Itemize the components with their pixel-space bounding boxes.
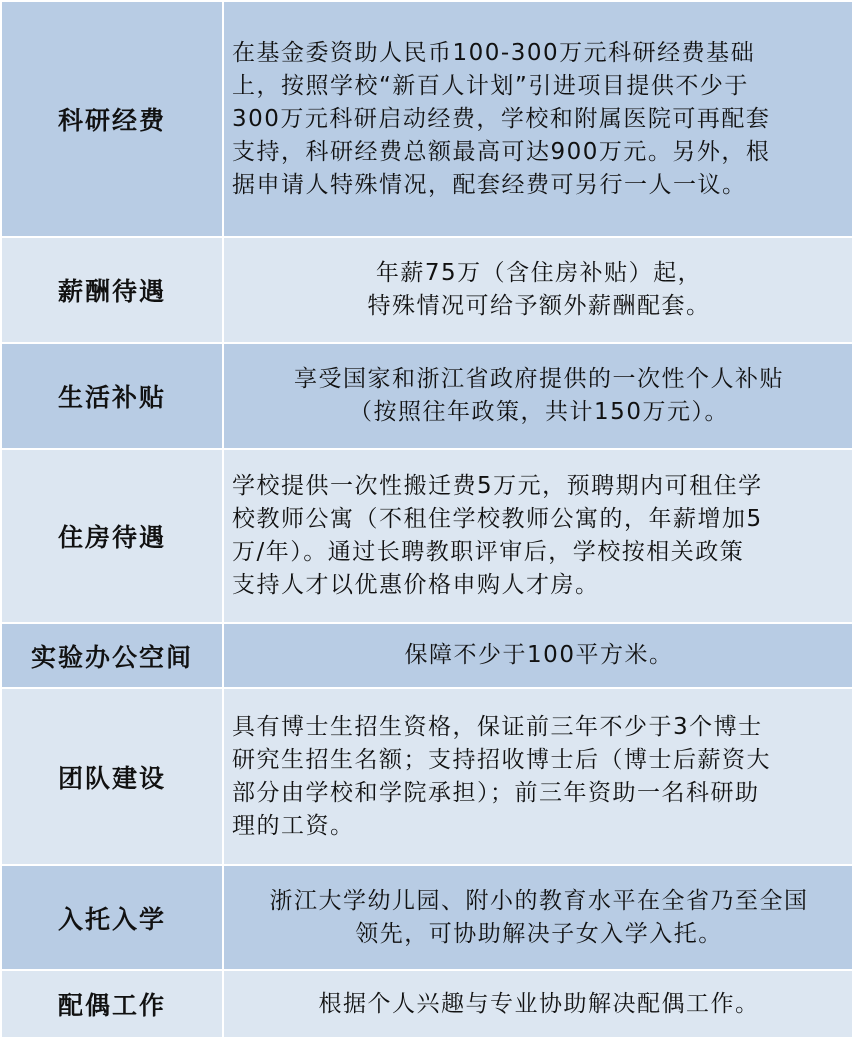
row-label: 实验办公空间 [1,623,223,688]
content-line: 保障不少于100平方米。 [232,639,846,672]
row-label: 团队建设 [1,688,223,865]
row-label: 配偶工作 [1,970,223,1037]
table-row-living-subsidy: 生活补贴 享受国家和浙江省政府提供的一次性个人补贴 （按照往年政策，共计150万… [1,343,852,449]
content-line: 领先，可协助解决子女入学入托。 [232,918,846,951]
table-row-salary: 薪酬待遇 年薪75万（含住房补贴）起， 特殊情况可给予额外薪酬配套。 [1,237,852,343]
content-line: 特殊情况可给予额外薪酬配套。 [232,290,846,323]
content-line: 浙江大学幼儿园、附小的教育水平在全省乃至全国 [232,885,846,918]
table-row-childcare-schooling: 入托入学 浙江大学幼儿园、附小的教育水平在全省乃至全国 领先，可协助解决子女入学… [1,865,852,970]
content-line: 根据个人兴趣与专业协助解决配偶工作。 [232,988,846,1021]
table-row-housing: 住房待遇 学校提供一次性搬迁费5万元，预聘期内可租住学 校教师公寓（不租住学校教… [1,449,852,623]
content-line: （按照往年政策，共计150万元）。 [232,396,846,429]
row-label: 科研经费 [1,1,223,237]
content-line: 支持人才以优惠价格申购人才房。 [232,569,846,602]
row-content: 在基金委资助人民币100-300万元科研经费基础 上，按照学校“新百人计划”引进… [223,1,852,237]
content-line: 支持，科研经费总额最高可达900万元。另外，根 [232,136,846,169]
content-line: 校教师公寓（不租住学校教师公寓的，年薪增加5 [232,503,846,536]
row-content: 年薪75万（含住房补贴）起， 特殊情况可给予额外薪酬配套。 [223,237,852,343]
content-line: 具有博士生招生资格，保证前三年不少于3个博士 [232,711,846,744]
benefits-table: 科研经费 在基金委资助人民币100-300万元科研经费基础 上，按照学校“新百人… [0,0,852,1037]
row-content: 保障不少于100平方米。 [223,623,852,688]
content-line: 300万元科研启动经费，学校和附属医院可再配套 [232,103,846,136]
table-row-lab-space: 实验办公空间 保障不少于100平方米。 [1,623,852,688]
content-line: 上，按照学校“新百人计划”引进项目提供不少于 [232,70,846,103]
content-line: 学校提供一次性搬迁费5万元，预聘期内可租住学 [232,470,846,503]
content-line: 研究生招生名额；支持招收博士后（博士后薪资大 [232,744,846,777]
content-line: 万/年）。通过长聘教职评审后，学校按相关政策 [232,536,846,569]
row-label: 入托入学 [1,865,223,970]
content-line: 年薪75万（含住房补贴）起， [232,257,846,290]
content-line: 在基金委资助人民币100-300万元科研经费基础 [232,37,846,70]
row-content: 根据个人兴趣与专业协助解决配偶工作。 [223,970,852,1037]
row-label: 薪酬待遇 [1,237,223,343]
content-line: 部分由学校和学院承担）；前三年资助一名科研助 [232,777,846,810]
row-content: 享受国家和浙江省政府提供的一次性个人补贴 （按照往年政策，共计150万元）。 [223,343,852,449]
row-label: 生活补贴 [1,343,223,449]
content-line: 理的工资。 [232,810,846,843]
row-content: 具有博士生招生资格，保证前三年不少于3个博士 研究生招生名额；支持招收博士后（博… [223,688,852,865]
table-row-team-building: 团队建设 具有博士生招生资格，保证前三年不少于3个博士 研究生招生名额；支持招收… [1,688,852,865]
row-content: 学校提供一次性搬迁费5万元，预聘期内可租住学 校教师公寓（不租住学校教师公寓的，… [223,449,852,623]
table-row-research-funding: 科研经费 在基金委资助人民币100-300万元科研经费基础 上，按照学校“新百人… [1,1,852,237]
row-label: 住房待遇 [1,449,223,623]
row-content: 浙江大学幼儿园、附小的教育水平在全省乃至全国 领先，可协助解决子女入学入托。 [223,865,852,970]
table-row-spouse-employment: 配偶工作 根据个人兴趣与专业协助解决配偶工作。 [1,970,852,1037]
content-line: 享受国家和浙江省政府提供的一次性个人补贴 [232,363,846,396]
content-line: 据申请人特殊情况，配套经费可另行一人一议。 [232,169,846,202]
